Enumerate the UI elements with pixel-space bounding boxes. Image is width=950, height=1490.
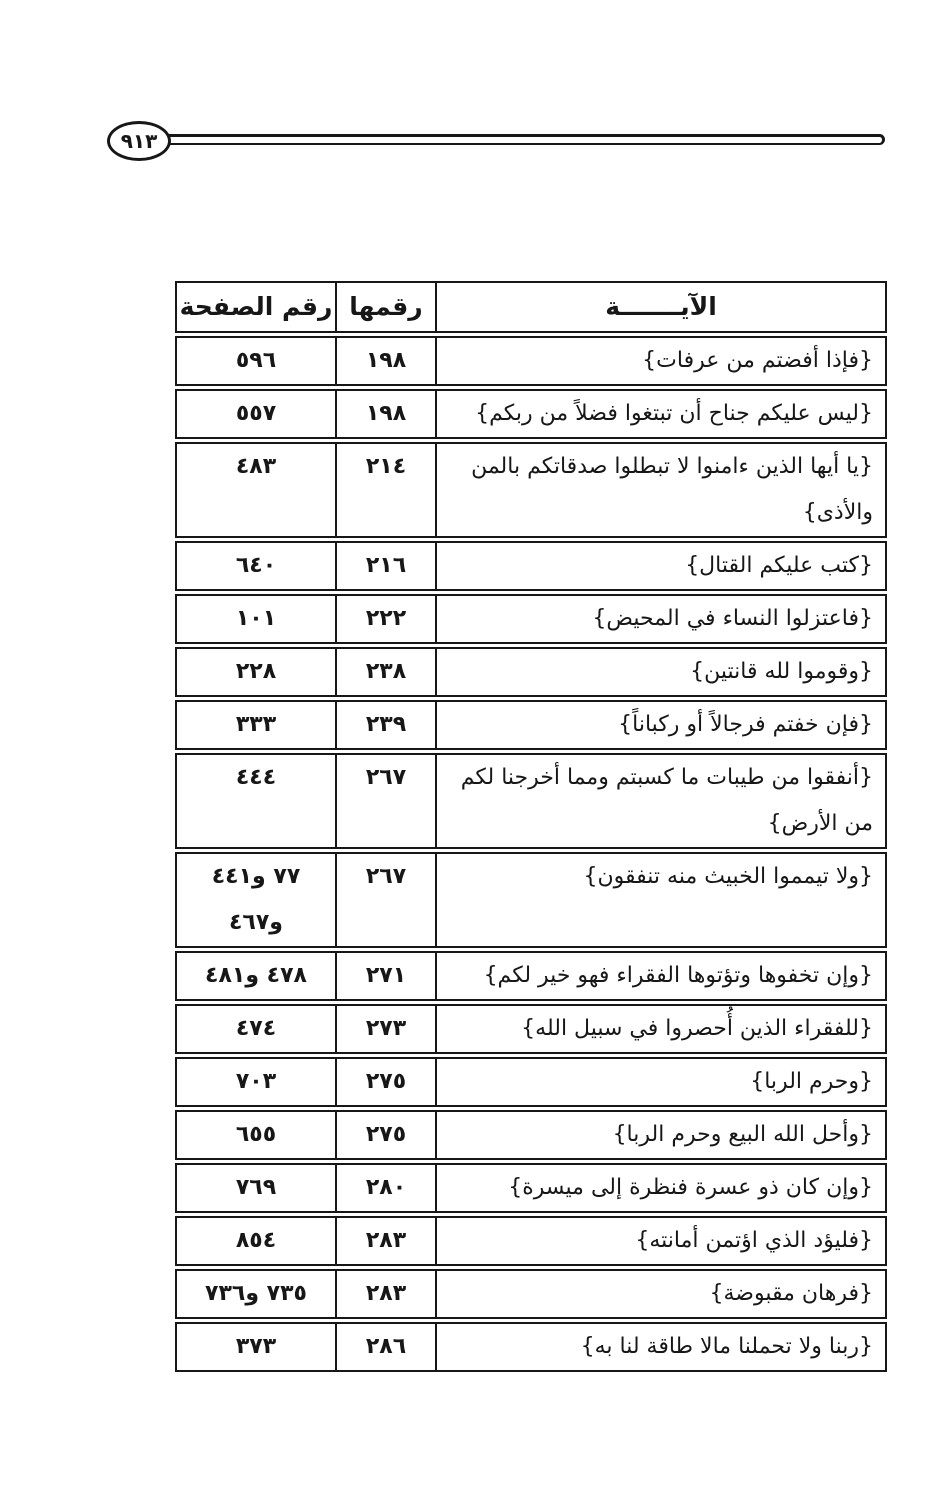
verse-number-cell: ٢٦٧ (335, 852, 435, 948)
table-row: {أنفقوا من طيبات ما كسبتم ومما أخرجنا لك… (175, 753, 887, 849)
verse-cell: {يا أيها الذين ءامنوا لا تبطلوا صدقاتكم … (435, 442, 887, 538)
page-number-column-header: رقم الصفحة (175, 281, 335, 333)
verse-number-cell: ٢٦٧ (335, 753, 435, 849)
verse-number-cell: ٢٧٣ (335, 1004, 435, 1054)
verse-number-cell: ١٩٨ (335, 389, 435, 439)
verse-cell: {وحرم الربا} (435, 1057, 887, 1107)
table-row: {ولا تيمموا الخبيث منه تنفقون} ٢٦٧ ٧٧ و٤… (175, 852, 887, 948)
page-number-cell: ٤٧٨ و٤٨١ (175, 951, 335, 1001)
page-number-cell: ٤٤٤ (175, 753, 335, 849)
verse-cell: {فليؤد الذي اؤتمن أمانته} (435, 1216, 887, 1266)
verse-cell: {وإن تخفوها وتؤتوها الفقراء فهو خير لكم} (435, 951, 887, 1001)
page-number-cell: ٣٧٣ (175, 1322, 335, 1372)
verse-number-cell: ٢٧٥ (335, 1110, 435, 1160)
table-row: {وقوموا لله قانتين} ٢٣٨ ٢٢٨ (175, 647, 887, 697)
page-number-cell: ٨٥٤ (175, 1216, 335, 1266)
verse-number-cell: ٢٧١ (335, 951, 435, 1001)
table-header-row: الآيـــــــة رقمها رقم الصفحة (175, 281, 887, 333)
table-row: {وحرم الربا} ٢٧٥ ٧٠٣ (175, 1057, 887, 1107)
table-row: {ليس عليكم جناح أن تبتغوا فضلاً من ربكم}… (175, 389, 887, 439)
table-row: {فإذا أفضتم من عرفات} ١٩٨ ٥٩٦ (175, 336, 887, 386)
verse-number-cell: ٢١٦ (335, 541, 435, 591)
page-number-cell: ٧٣٥ و٧٣٦ (175, 1269, 335, 1319)
verse-cell: {فرهان مقبوضة} (435, 1269, 887, 1319)
verse-cell: {فإن خفتم فرجالاً أو ركباناً} (435, 700, 887, 750)
verse-number-cell: ٢٨٠ (335, 1163, 435, 1213)
table-row: {فاعتزلوا النساء في المحيض} ٢٢٢ ١٠١ (175, 594, 887, 644)
table-row: {وإن تخفوها وتؤتوها الفقراء فهو خير لكم}… (175, 951, 887, 1001)
verse-number-cell: ٢٢٢ (335, 594, 435, 644)
page-number-cell: ١٠١ (175, 594, 335, 644)
page-number-cell: ٤٨٣ (175, 442, 335, 538)
page-number-cell: ٣٣٣ (175, 700, 335, 750)
verse-column-header: الآيـــــــة (435, 281, 887, 333)
verse-number-cell: ٢٨٣ (335, 1269, 435, 1319)
verse-number-cell: ٢١٤ (335, 442, 435, 538)
verse-cell: {للفقراء الذين أُحصروا في سبيل الله} (435, 1004, 887, 1054)
page-number-cell: ٤٧٤ (175, 1004, 335, 1054)
header-rule (164, 134, 885, 145)
verse-index-table: الآيـــــــة رقمها رقم الصفحة {فإذا أفضت… (175, 278, 887, 1375)
verse-cell: {ولا تيمموا الخبيث منه تنفقون} (435, 852, 887, 948)
verse-cell: {فاعتزلوا النساء في المحيض} (435, 594, 887, 644)
verse-cell: {ربنا ولا تحملنا مالا طاقة لنا به} (435, 1322, 887, 1372)
page-number-cell: ٧٦٩ (175, 1163, 335, 1213)
index-table-body: {فإذا أفضتم من عرفات} ١٩٨ ٥٩٦ {ليس عليكم… (175, 336, 887, 1372)
table-row: {وأحل الله البيع وحرم الربا} ٢٧٥ ٦٥٥ (175, 1110, 887, 1160)
verse-number-cell: ٢٨٦ (335, 1322, 435, 1372)
table-row: {ربنا ولا تحملنا مالا طاقة لنا به} ٢٨٦ ٣… (175, 1322, 887, 1372)
verse-cell: {وأحل الله البيع وحرم الربا} (435, 1110, 887, 1160)
page-number-cell: ٧٠٣ (175, 1057, 335, 1107)
verse-cell: {فإذا أفضتم من عرفات} (435, 336, 887, 386)
verse-cell: {وإن كان ذو عسرة فنظرة إلى ميسرة} (435, 1163, 887, 1213)
table-row: {يا أيها الذين ءامنوا لا تبطلوا صدقاتكم … (175, 442, 887, 538)
verse-number-cell: ٢٨٣ (335, 1216, 435, 1266)
page-number-badge: ٩١٣ (107, 121, 171, 161)
table-row: {فإن خفتم فرجالاً أو ركباناً} ٢٣٩ ٣٣٣ (175, 700, 887, 750)
verse-number-cell: ١٩٨ (335, 336, 435, 386)
verse-number-cell: ٢٣٩ (335, 700, 435, 750)
page-number-cell: ٦٤٠ (175, 541, 335, 591)
table-row: {كتب عليكم القتال} ٢١٦ ٦٤٠ (175, 541, 887, 591)
verse-number-cell: ٢٣٨ (335, 647, 435, 697)
page-number-cell: ٧٧ و٤٤١ و٤٦٧ (175, 852, 335, 948)
verse-cell: {وقوموا لله قانتين} (435, 647, 887, 697)
verse-cell: {ليس عليكم جناح أن تبتغوا فضلاً من ربكم} (435, 389, 887, 439)
verse-cell: {كتب عليكم القتال} (435, 541, 887, 591)
page-number-cell: ٢٢٨ (175, 647, 335, 697)
table-row: {وإن كان ذو عسرة فنظرة إلى ميسرة} ٢٨٠ ٧٦… (175, 1163, 887, 1213)
table-row: {فرهان مقبوضة} ٢٨٣ ٧٣٥ و٧٣٦ (175, 1269, 887, 1319)
page-number-cell: ٥٩٦ (175, 336, 335, 386)
verse-number-cell: ٢٧٥ (335, 1057, 435, 1107)
verse-number-column-header: رقمها (335, 281, 435, 333)
page-number-cell: ٦٥٥ (175, 1110, 335, 1160)
table-row: {فليؤد الذي اؤتمن أمانته} ٢٨٣ ٨٥٤ (175, 1216, 887, 1266)
verse-cell: {أنفقوا من طيبات ما كسبتم ومما أخرجنا لك… (435, 753, 887, 849)
table-row: {للفقراء الذين أُحصروا في سبيل الله} ٢٧٣… (175, 1004, 887, 1054)
page-number-cell: ٥٥٧ (175, 389, 335, 439)
